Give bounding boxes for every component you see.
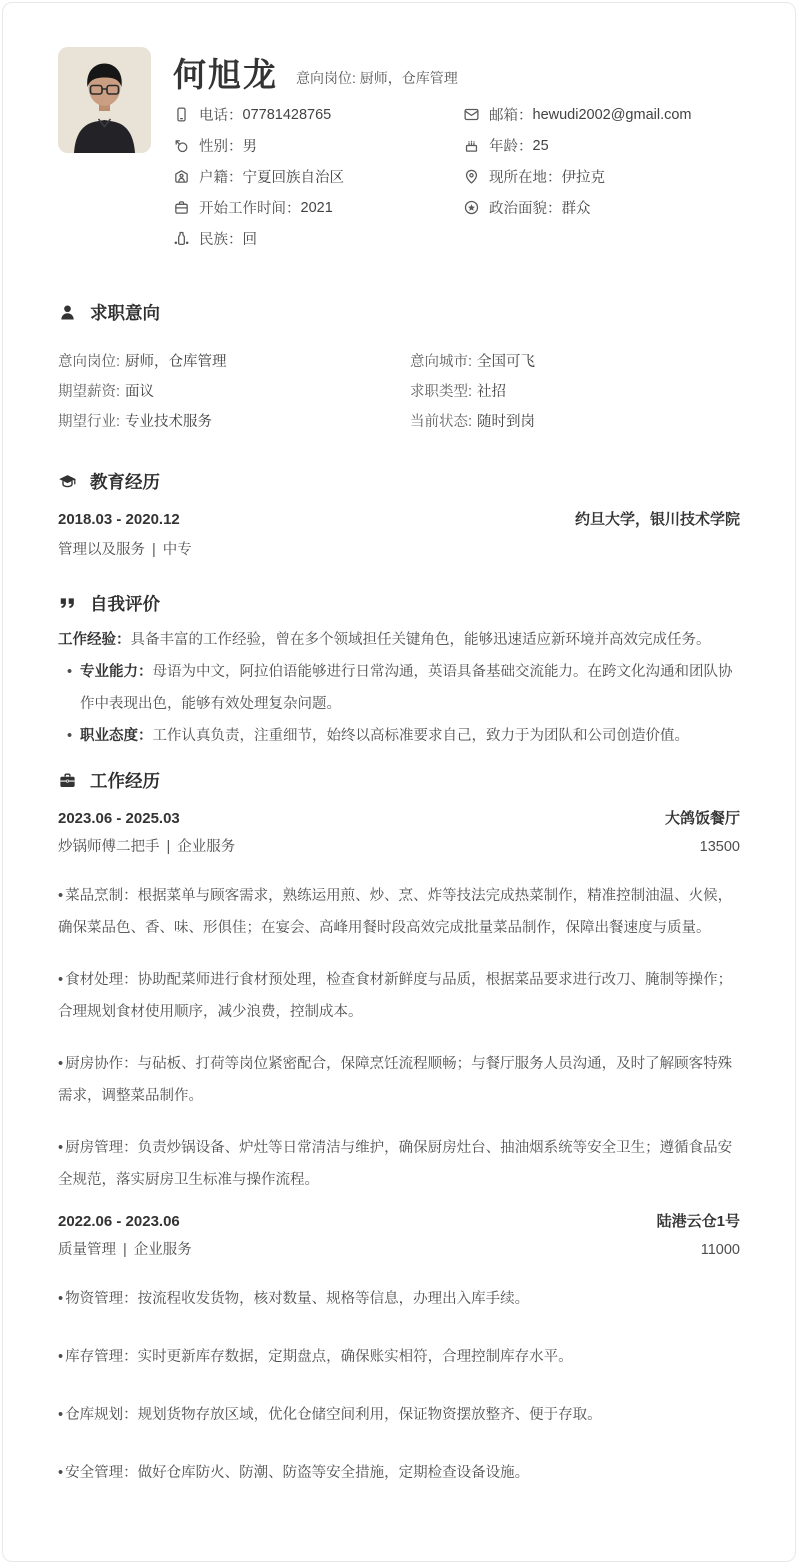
contact-phone: 电话： 07781428765	[173, 99, 463, 130]
self-evaluation-bullet: •职业态度：工作认真负责，注重细节，始终以高标准要求自己，致力于为团队和公司创造…	[67, 720, 740, 752]
contact-age: 年龄： 25	[463, 130, 692, 161]
graduation-cap-icon	[58, 472, 77, 491]
job-period: 2023.06 - 2025.03	[58, 810, 180, 827]
job-duty: •菜品烹制：根据菜单与顾客需求，熟练运用煎、炒、烹、炸等技法完成热菜制作，精准控…	[58, 880, 740, 944]
work-experience-title: 工作经历	[58, 768, 740, 793]
location-icon	[463, 168, 480, 185]
quote-icon	[58, 594, 77, 613]
job-duty: •仓库规划：规划货物存放区域，优化仓储空间利用，保证物资摆放整齐、便于存取。	[58, 1399, 740, 1431]
mail-icon	[463, 106, 480, 123]
work-start-icon	[173, 199, 190, 216]
self-evaluation-intro: 工作经验：具备丰富的工作经验，曾在多个领域担任关键角色，能够迅速适应新环境并高效…	[58, 624, 740, 656]
job-salary: 13500	[700, 839, 740, 855]
age-icon	[463, 137, 480, 154]
resume-header: 何旭龙 意向岗位: 厨师，仓库管理 电话： 07781428765 性别： 男	[58, 3, 740, 254]
intent-position: 意向岗位:厨师，仓库管理	[58, 345, 410, 375]
job-duty: •食材处理：协助配菜师进行食材预处理，检查食材新鲜度与品质，根据菜品要求进行改刀…	[58, 964, 740, 1028]
job-company: 陆港云仓1号	[657, 1210, 740, 1231]
job-seek-type: 求职类型:社招	[410, 375, 535, 405]
job-duty: •物资管理：按流程收发货物，核对数量、规格等信息，办理出入库手续。	[58, 1283, 740, 1315]
political-icon	[463, 199, 480, 216]
contact-location: 现所在地： 伊拉克	[463, 161, 692, 192]
job-duty: •安全管理：做好仓库防火、防潮、防盗等安全措施，定期检查设备设施。	[58, 1457, 740, 1489]
gender-icon	[173, 137, 190, 154]
job-duty: •厨房管理：负责炒锅设备、炉灶等日常清洁与维护，确保厨房灶台、抽油烟系统等安全卫…	[58, 1132, 740, 1196]
self-evaluation-title: 自我评价	[58, 591, 740, 616]
section-self-evaluation: 自我评价 工作经验：具备丰富的工作经验，曾在多个领域担任关键角色，能够迅速适应新…	[58, 591, 740, 752]
profile-photo	[58, 47, 151, 153]
user-icon	[58, 303, 77, 322]
ethnicity-icon	[173, 230, 190, 247]
expected-salary: 期望薪资:面议	[58, 375, 410, 405]
contact-email: 邮箱： hewudi2002@gmail.com	[463, 99, 692, 130]
contact-info: 电话： 07781428765 性别： 男 户籍： 宁夏回族自治区	[173, 99, 740, 254]
intent-position-summary: 意向岗位: 厨师，仓库管理	[296, 68, 458, 91]
expected-industry: 期望行业:专业技术服务	[58, 405, 410, 435]
avatar-image	[58, 47, 151, 153]
contact-work-start: 开始工作时间： 2021	[173, 192, 463, 223]
self-evaluation-bullet: •专业能力：母语为中文，阿拉伯语能够进行日常沟通，英语具备基础交流能力。在跨文化…	[67, 656, 740, 720]
job-position-industry: 质量管理|企业服务	[58, 1238, 192, 1259]
job-duty: •厨房协作：与砧板、打荷等岗位紧密配合，保障烹饪流程顺畅；与餐厅服务人员沟通，及…	[58, 1048, 740, 1112]
education-major-degree: 管理以及服务|中专	[58, 538, 740, 559]
job-intent-title: 求职意向	[58, 300, 740, 325]
intent-city: 意向城市:全国可飞	[410, 345, 535, 375]
job-company: 大鸽饭餐厅	[665, 807, 740, 828]
education-period: 2018.03 - 2020.12	[58, 511, 180, 528]
section-work-experience: 工作经历 2023.06 - 2025.03 大鸽饭餐厅 炒锅师傅二把手|企业服…	[58, 768, 740, 1489]
resume-card: 何旭龙 意向岗位: 厨师，仓库管理 电话： 07781428765 性别： 男	[2, 2, 796, 1520]
job-salary: 11000	[701, 1242, 740, 1258]
contact-ethnicity: 民族： 回	[173, 223, 463, 254]
job-period: 2022.06 - 2023.06	[58, 1213, 180, 1230]
work-entry: 2023.06 - 2025.03 大鸽饭餐厅 炒锅师傅二把手|企业服务 135…	[58, 807, 740, 1196]
job-duty: •库存管理：实时更新库存数据，定期盘点，确保账实相符，合理控制库存水平。	[58, 1341, 740, 1373]
education-school: 约旦大学，银川技术学院	[575, 508, 740, 529]
contact-gender: 性别： 男	[173, 130, 463, 161]
contact-hukou: 户籍： 宁夏回族自治区	[173, 161, 463, 192]
section-job-intent: 求职意向 意向岗位:厨师，仓库管理 期望薪资:面议 期望行业:专业技术服务 意向…	[58, 300, 740, 435]
contact-political-status: 政治面貌： 群众	[463, 192, 692, 223]
education-title: 教育经历	[58, 469, 740, 494]
hukou-icon	[173, 168, 190, 185]
candidate-name: 何旭龙	[173, 58, 278, 91]
briefcase-icon	[58, 771, 77, 790]
section-education: 教育经历 2018.03 - 2020.12 约旦大学，银川技术学院 管理以及服…	[58, 469, 740, 559]
work-entry: 2022.06 - 2023.06 陆港云仓1号 质量管理|企业服务 11000…	[58, 1210, 740, 1489]
job-position-industry: 炒锅师傅二把手|企业服务	[58, 835, 235, 856]
current-status: 当前状态:随时到岗	[410, 405, 535, 435]
phone-icon	[173, 106, 190, 123]
